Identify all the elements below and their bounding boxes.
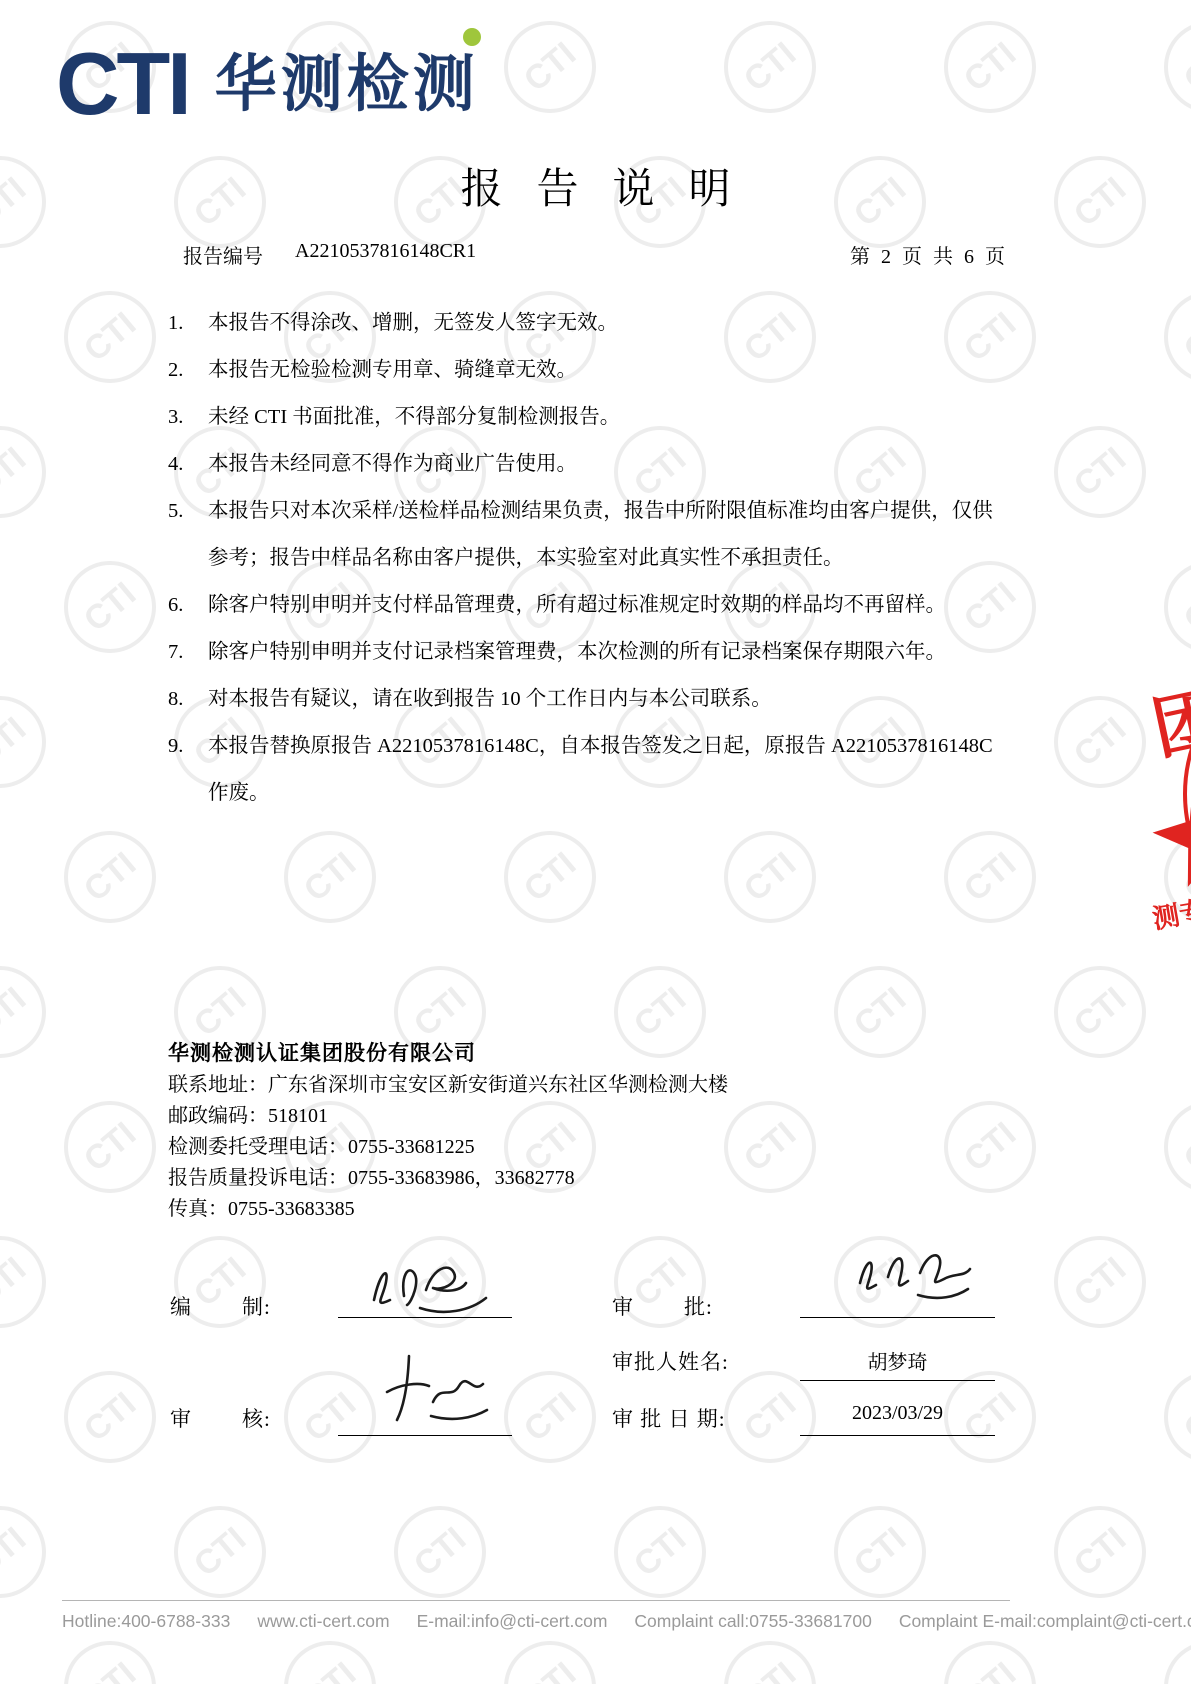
list-item: 1. 本报告不得涂改、增删，无签发人签字无效。 <box>168 300 1168 347</box>
page-indicator: 第 2 页 共 6 页 <box>850 240 1008 269</box>
company-info-line: 邮政编码：518101 <box>168 1101 728 1132</box>
company-info: 华测检测认证集团股份有限公司 联系地址：广东省深圳市宝安区新安街道兴东社区华测检… <box>168 1036 728 1225</box>
list-item: 9. 本报告替换原报告 A2210537816148C，自本报告签发之日起，原报… <box>168 723 1168 817</box>
approved-signature <box>848 1243 980 1309</box>
company-info-line: 报告质量投诉电话：0755-33683986，33682778 <box>168 1163 728 1194</box>
note-number: 4. <box>168 441 208 488</box>
note-text-line1: 未经 CTI 书面批准，不得部分复制检测报告。 <box>208 394 1168 441</box>
note-text-line1: 本报告替换原报告 A2210537816148C，自本报告签发之日起，原报告 A… <box>208 723 1168 770</box>
company-info-line: 联系地址：广东省深圳市宝安区新安街道兴东社区华测检测大楼 <box>168 1070 728 1101</box>
footer-contact-item: Complaint call:0755-33681700 <box>634 1611 871 1632</box>
notes-list: 1. 本报告不得涂改、增删，无签发人签字无效。 2. 本报告无检验检测专用章、骑… <box>168 300 1168 817</box>
footer-contact-item: Complaint E-mail:complaint@cti-cert.com <box>899 1611 1191 1632</box>
page-title: 报告说明 <box>0 156 1191 216</box>
note-text-line1: 本报告未经同意不得作为商业广告使用。 <box>208 441 1168 488</box>
list-item: 3. 未经 CTI 书面批准，不得部分复制检测报告。 <box>168 394 1168 441</box>
note-text-line1: 除客户特别申明并支付样品管理费，所有超过标准规定时效期的样品均不再留样。 <box>208 582 1168 629</box>
footer-contact-item: Hotline:400-6788-333 <box>62 1611 230 1632</box>
footer-contact-item: www.cti-cert.com <box>257 1611 389 1632</box>
note-text-line1: 本报告不得涂改、增删，无签发人签字无效。 <box>208 300 1168 347</box>
note-text-line1: 除客户特别申明并支付记录档案管理费，本次检测的所有记录档案保存期限六年。 <box>208 629 1168 676</box>
company-info-line: 检测委托受理电话：0755-33681225 <box>168 1132 728 1163</box>
approver-name-label: 审批人姓名: <box>612 1346 729 1376</box>
approve-date-label: 审 批 日 期: <box>612 1403 726 1433</box>
reviewed-signature <box>375 1350 505 1432</box>
prepared-signature <box>360 1250 505 1320</box>
note-text-line1: 本报告无检验检测专用章、骑缝章无效。 <box>208 347 1168 394</box>
list-item: 2. 本报告无检验检测专用章、骑缝章无效。 <box>168 347 1168 394</box>
list-item: 7. 除客户特别申明并支付记录档案管理费，本次检测的所有记录档案保存期限六年。 <box>168 629 1168 676</box>
note-number: 7. <box>168 629 208 676</box>
note-text-line1: 对本报告有疑议，请在收到报告 10 个工作日内与本公司联系。 <box>208 676 1168 723</box>
prepared-by-label: 编 制: <box>170 1291 271 1321</box>
stamp-bottom-text-fragment: 测专 <box>1149 889 1191 937</box>
approver-name-line <box>800 1380 995 1381</box>
reviewed-by-label: 审 核: <box>170 1403 271 1433</box>
note-number: 6. <box>168 582 208 629</box>
company-name: 华测检测认证集团股份有限公司 <box>168 1036 728 1070</box>
cti-logo-text: CTI <box>56 40 189 128</box>
list-item: 8. 对本报告有疑议，请在收到报告 10 个工作日内与本公司联系。 <box>168 676 1168 723</box>
report-page: CTI CTI CTI CTI 华测检测 报告说明 报告编号 A22105378… <box>0 0 1191 1684</box>
approve-date-value: 2023/03/29 <box>800 1402 995 1425</box>
prepared-signature-line <box>338 1317 512 1318</box>
note-number: 3. <box>168 394 208 441</box>
approved-signature-line <box>800 1317 995 1318</box>
report-number-value: A2210537816148CR1 <box>295 240 476 263</box>
note-text-line1: 本报告只对本次采样/送检样品检测结果负责，报告中所附限值标准均由客户提供，仅供 <box>208 488 1168 535</box>
approve-date-line <box>800 1435 995 1436</box>
report-number-label: 报告编号 <box>183 240 263 269</box>
note-text-line2: 参考；报告中样品名称由客户提供，本实验室对此真实性不承担责任。 <box>208 535 1168 582</box>
note-number: 2. <box>168 347 208 394</box>
list-item: 5. 本报告只对本次采样/送检样品检测结果负责，报告中所附限值标准均由客户提供，… <box>168 488 1168 582</box>
cti-logo: CTI 华测检测 <box>56 40 479 128</box>
note-number: 8. <box>168 676 208 723</box>
footer-contact-item: E-mail:info@cti-cert.com <box>417 1611 608 1632</box>
company-info-line: 传真：0755-33683385 <box>168 1194 728 1225</box>
note-number: 9. <box>168 723 208 770</box>
cti-logo-chinese-text: 华测检测 <box>215 40 479 116</box>
approved-by-label: 审 批: <box>612 1291 713 1321</box>
list-item: 4. 本报告未经同意不得作为商业广告使用。 <box>168 441 1168 488</box>
reviewed-signature-line <box>338 1435 512 1436</box>
note-number: 5. <box>168 488 208 535</box>
cti-logo-green-dot-icon <box>463 28 481 46</box>
footer-separator <box>62 1600 1010 1601</box>
approver-name-value: 胡梦琦 <box>800 1346 995 1375</box>
note-number: 1. <box>168 300 208 347</box>
footer-contact-bar: Hotline:400-6788-333 www.cti-cert.com E-… <box>62 1611 1122 1632</box>
note-text-line2: 作废。 <box>208 770 1168 817</box>
list-item: 6. 除客户特别申明并支付样品管理费，所有超过标准规定时效期的样品均不再留样。 <box>168 582 1168 629</box>
